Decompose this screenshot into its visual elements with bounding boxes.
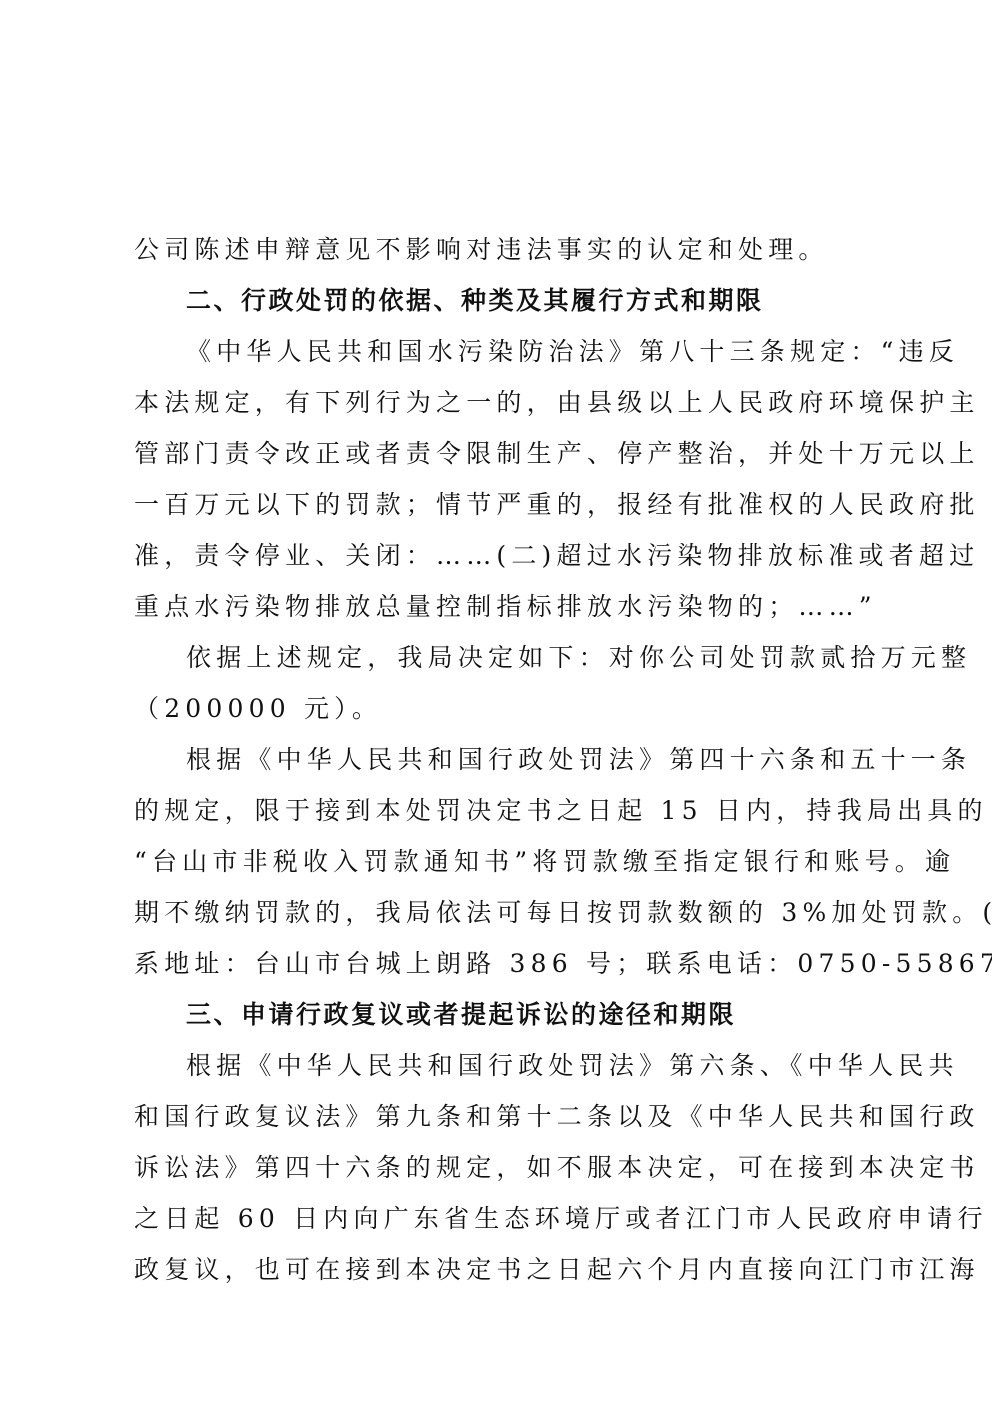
paragraph-line: 政复议，也可在接到本决定书之日起六个月内直接向江门市江海 <box>134 1244 868 1295</box>
paragraph-line-contact: 系地址：台山市台城上朗路 386 号；联系电话：0750-5586702） <box>134 938 868 989</box>
document-page: 公司陈述申辩意见不影响对违法事实的认定和处理。 二、行政处罚的依据、种类及其履行… <box>134 224 868 1295</box>
paragraph-line-payment: 根据《中华人民共和国行政处罚法》第四十六条和五十一条 <box>134 734 868 785</box>
paragraph-line: 准，责令停业、关闭：……(二)超过水污染物排放标准或者超过 <box>134 530 868 581</box>
paragraph-line: 重点水污染物排放总量控制指标排放水污染物的；……” <box>134 581 868 632</box>
section-heading-appeal: 三、申请行政复议或者提起诉讼的途径和期限 <box>134 989 868 1040</box>
paragraph-line: 本法规定，有下列行为之一的，由县级以上人民政府环境保护主 <box>134 377 868 428</box>
paragraph-line-law-citation: 《中华人民共和国水污染防治法》第八十三条规定：“违反 <box>134 326 868 377</box>
paragraph-line: 之日起 60 日内向广东省生态环境厅或者江门市人民政府申请行 <box>134 1193 868 1244</box>
paragraph-line: 管部门责令改正或者责令限制生产、停产整治，并处十万元以上 <box>134 428 868 479</box>
paragraph-line: 的规定，限于接到本处罚决定书之日起 15 日内，持我局出具的 <box>134 785 868 836</box>
paragraph-line: “台山市非税收入罚款通知书”将罚款缴至指定银行和账号。逾 <box>134 836 868 887</box>
paragraph-line: 一百万元以下的罚款；情节严重的，报经有批准权的人民政府批 <box>134 479 868 530</box>
paragraph-line: 和国行政复议法》第九条和第十二条以及《中华人民共和国行政 <box>134 1091 868 1142</box>
paragraph-line: 期不缴纳罚款的，我局依法可每日按罚款数额的 3%加处罚款。(联 <box>134 887 868 938</box>
section-heading-penalty-basis: 二、行政处罚的依据、种类及其履行方式和期限 <box>134 275 868 326</box>
paragraph-line-decision: 依据上述规定，我局决定如下：对你公司处罚款贰拾万元整 <box>134 632 868 683</box>
paragraph-line-statement-end: 公司陈述申辩意见不影响对违法事实的认定和处理。 <box>134 224 868 275</box>
paragraph-line-fine-amount: （200000 元）。 <box>134 683 868 734</box>
paragraph-line: 诉讼法》第四十六条的规定，如不服本决定，可在接到本决定书 <box>134 1142 868 1193</box>
paragraph-line-appeal: 根据《中华人民共和国行政处罚法》第六条、《中华人民共 <box>134 1040 868 1091</box>
